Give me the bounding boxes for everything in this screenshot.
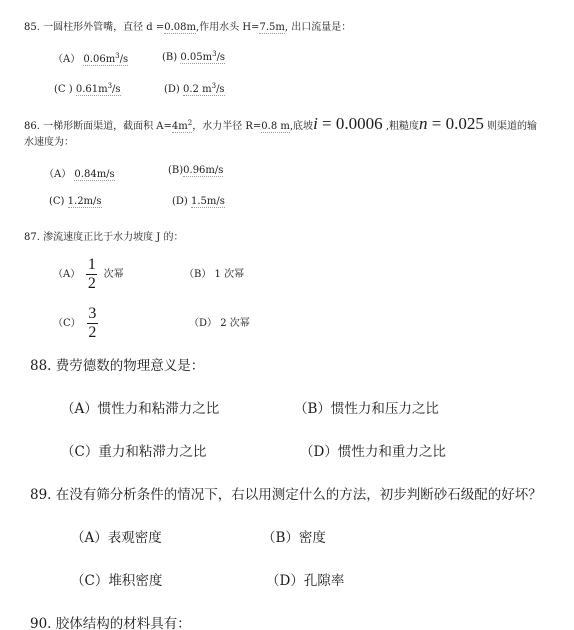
question-88-stem: 88. 费劳德数的物理意义是： xyxy=(30,354,204,374)
question-89-stem: 89. 在没有筛分析条件的情况下，右以用测定什么的方法，初步判断砂石级配的好坏？ xyxy=(30,483,542,503)
q85-option-b[interactable]: (B) 0.05m3/s xyxy=(162,50,225,63)
question-86-stem-line2: 水速度为： xyxy=(24,133,74,148)
roughness-formula: n = 0.025 xyxy=(419,114,484,133)
q87-option-a[interactable]: （A） 12 次幂 xyxy=(53,257,124,292)
q87-option-d[interactable]: （D） 2 次幂 xyxy=(189,314,250,329)
fraction-one-half: 12 xyxy=(86,257,97,292)
q88-option-b[interactable]: （B）惯性力和压力之比 xyxy=(294,397,439,417)
question-number: 89. xyxy=(30,487,51,503)
q89-option-b[interactable]: （B）密度 xyxy=(262,526,326,546)
question-number: 87. xyxy=(24,232,40,243)
q85-option-d[interactable]: (D) 0.2 m3/s xyxy=(164,82,225,95)
slope-formula: i = 0.0006 xyxy=(313,114,383,133)
question-number: 86. xyxy=(24,121,40,132)
question-number: 88. xyxy=(30,358,51,374)
q88-option-a[interactable]: （A）惯性力和粘滞力之比 xyxy=(61,397,219,417)
q89-option-c[interactable]: （C）堆积密度 xyxy=(71,569,162,589)
q85-option-a[interactable]: （A） 0.06m3/s xyxy=(53,50,128,65)
question-85-stem: 85. 一圆柱形外管嘴，直径 d =0.08m,作用水头 H=7.5m, 出口流… xyxy=(24,18,351,33)
q86-option-b[interactable]: (B)0.96m/s xyxy=(168,165,223,176)
q86-option-d[interactable]: (D) 1.5m/s xyxy=(172,196,225,207)
q86-option-a[interactable]: （A） 0.84m/s xyxy=(44,165,115,180)
question-86-stem: 86. 一梯形断面渠道，截面积 A=4m2，水力半径 R=0.8 m,底坡i =… xyxy=(24,114,537,134)
q86-option-c[interactable]: (C) 1.2m/s xyxy=(49,196,102,207)
q87-option-c[interactable]: （C） 32 xyxy=(53,306,101,341)
q89-option-d[interactable]: （D）孔隙率 xyxy=(266,569,344,589)
q85-option-c[interactable]: (C ) 0.61m3/s xyxy=(54,82,121,95)
q89-option-a[interactable]: （A）表观密度 xyxy=(71,526,162,546)
q88-option-c[interactable]: （C）重力和粘滞力之比 xyxy=(61,440,206,460)
question-90-stem: 90. 胶体结构的材料具有： xyxy=(30,612,191,630)
question-number: 85. xyxy=(24,22,40,33)
question-87-stem: 87. 渗流速度正比于水力坡度 J 的： xyxy=(24,228,183,243)
q87-option-b[interactable]: （B） 1 次幂 xyxy=(184,265,244,280)
fraction-three-halves: 32 xyxy=(87,306,98,341)
question-number: 90. xyxy=(30,616,51,630)
q88-option-d[interactable]: （D）惯性力和重力之比 xyxy=(300,440,446,460)
